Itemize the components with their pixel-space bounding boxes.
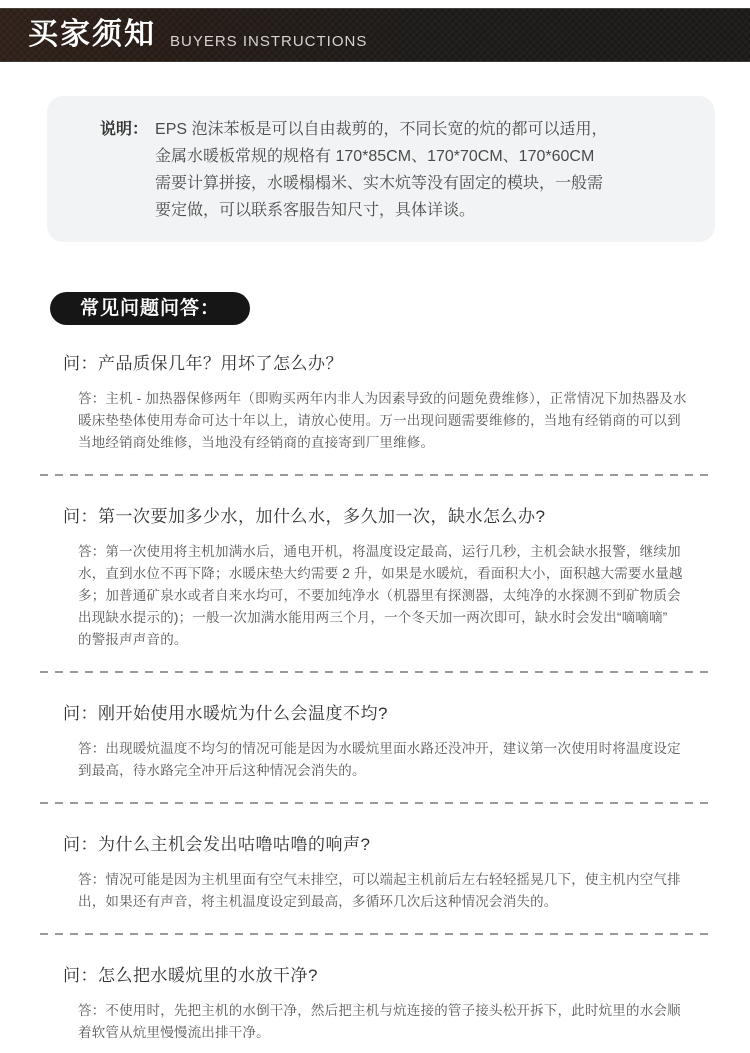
faq-question: 问：产品质保几年？用坏了怎么办？ (63, 353, 712, 376)
faq-answer: 答：情况可能是因为主机里面有空气未排空，可以端起主机前后左右轻轻摇晃几下，使主机… (78, 869, 712, 913)
header-title-cn: 买家须知 (28, 20, 156, 50)
faq-answer: 答：不使用时，先把主机的水倒干净，然后把主机与炕连接的管子接头松开拆下，此时炕里… (78, 1000, 712, 1044)
faq-answer: 答：主机 - 加热器保修两年（即购买两年内非人为因素导致的问题免费维修），正常情… (78, 388, 712, 454)
faq-question: 问：第一次要加多少水，加什么水，多久加一次，缺水怎么办? (63, 506, 712, 529)
dashed-divider (40, 474, 712, 476)
notice-label: 说明： (100, 116, 148, 143)
faq-list: 问：产品质保几年？用坏了怎么办？ 答：主机 - 加热器保修两年（即购买两年内非人… (0, 353, 750, 1044)
notice-text: EPS 泡沫苯板是可以自由裁剪的，不同长宽的炕的都可以适用， 金属水暖板常规的规… (155, 116, 607, 224)
faq-question: 问：怎么把水暖炕里的水放干净? (63, 965, 712, 988)
dashed-divider (40, 933, 712, 935)
faq-question: 问：为什么主机会发出咕噜咕噜的响声? (63, 834, 712, 857)
dashed-divider (40, 671, 712, 673)
faq-answer: 答：第一次使用将主机加满水后，通电开机，将温度设定最高，运行几秒，主机会缺水报警… (78, 541, 712, 651)
faq-item: 问：刚开始使用水暖炕为什么会温度不均? 答：出现暖炕温度不均匀的情况可能是因为水… (0, 703, 750, 782)
faq-answer: 答：出现暖炕温度不均匀的情况可能是因为水暖炕里面水路还没冲开，建议第一次使用时将… (78, 738, 712, 782)
faq-item: 问：产品质保几年？用坏了怎么办？ 答：主机 - 加热器保修两年（即购买两年内非人… (0, 353, 750, 454)
faq-question: 问：刚开始使用水暖炕为什么会温度不均? (63, 703, 712, 726)
notice-box: 说明： EPS 泡沫苯板是可以自由裁剪的，不同长宽的炕的都可以适用， 金属水暖板… (47, 96, 715, 242)
buyers-instructions-header: 买家须知 BUYERS INSTRUCTIONS (0, 8, 750, 62)
faq-item: 问：为什么主机会发出咕噜咕噜的响声? 答：情况可能是因为主机里面有空气未排空，可… (0, 834, 750, 913)
faq-heading: 常见问题问答： (50, 292, 250, 325)
header-title-en: BUYERS INSTRUCTIONS (170, 34, 367, 49)
faq-item: 问：第一次要加多少水，加什么水，多久加一次，缺水怎么办? 答：第一次使用将主机加… (0, 506, 750, 651)
faq-item: 问：怎么把水暖炕里的水放干净? 答：不使用时，先把主机的水倒干净，然后把主机与炕… (0, 965, 750, 1044)
dashed-divider (40, 802, 712, 804)
